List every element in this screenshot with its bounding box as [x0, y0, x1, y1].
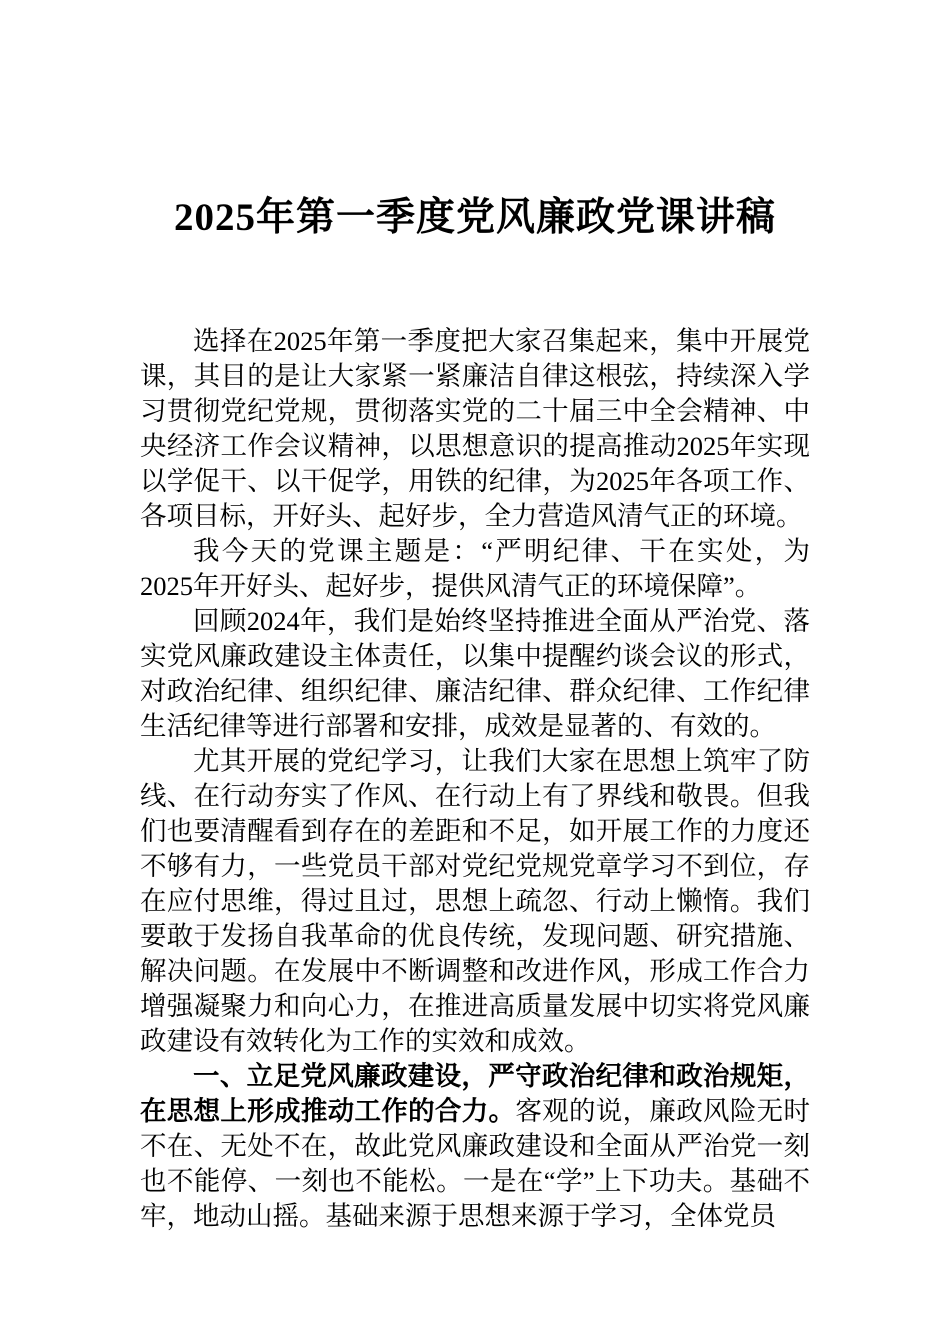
- paragraph-text: 选择在2025年第一季度把大家召集起来，集中开展党课，其目的是让大家紧一紧廉洁自…: [140, 326, 810, 531]
- paragraph: 尤其开展的党纪学习，让我们大家在思想上筑牢了防线、在行动夯实了作风、在行动上有了…: [140, 744, 810, 1059]
- paragraph: 我今天的党课主题是：“严明纪律、干在实处，为2025年开好头、起好步，提供风清气…: [140, 534, 810, 604]
- paragraph: 回顾2024年，我们是始终坚持推进全面从严治党、落实党风廉政建设主体责任，以集中…: [140, 604, 810, 744]
- paragraph: 一、立足党风廉政建设，严守政治纪律和政治规矩，在思想上形成推动工作的合力。客观的…: [140, 1059, 810, 1234]
- paragraph-text: 我今天的党课主题是：“严明纪律、干在实处，为2025年开好头、起好步，提供风清气…: [140, 536, 810, 601]
- paragraph: 选择在2025年第一季度把大家召集起来，集中开展党课，其目的是让大家紧一紧廉洁自…: [140, 324, 810, 534]
- document-page: 2025年第一季度党风廉政党课讲稿 选择在2025年第一季度把大家召集起来，集中…: [0, 0, 950, 1344]
- paragraph-text: 尤其开展的党纪学习，让我们大家在思想上筑牢了防线、在行动夯实了作风、在行动上有了…: [140, 746, 810, 1056]
- document-title: 2025年第一季度党风廉政党课讲稿: [0, 192, 950, 244]
- document-body: 选择在2025年第一季度把大家召集起来，集中开展党课，其目的是让大家紧一紧廉洁自…: [140, 324, 810, 1234]
- paragraph-text: 回顾2024年，我们是始终坚持推进全面从严治党、落实党风廉政建设主体责任，以集中…: [140, 606, 810, 741]
